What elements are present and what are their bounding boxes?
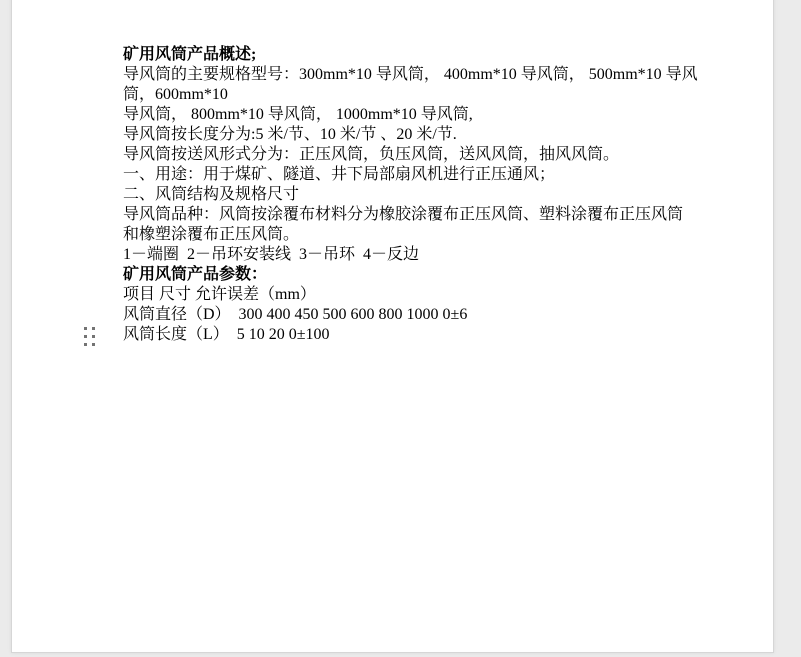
document-content[interactable]: 矿用风筒产品概述;导风筒的主要规格型号：300mm*10 导风筒， 400mm*… bbox=[123, 45, 683, 345]
text-line: 和橡塑涂覆布正压风筒。 bbox=[123, 225, 683, 245]
text-line: 矿用风筒产品概述; bbox=[123, 45, 683, 65]
text-line: 导风筒品种：风筒按涂覆布材料分为橡胶涂覆布正压风筒、塑料涂覆布正压风筒 bbox=[123, 205, 683, 225]
drag-handle-dot bbox=[84, 343, 87, 346]
text-line: 筒，600mm*10 bbox=[123, 85, 683, 105]
drag-handle-dot bbox=[84, 335, 87, 338]
text-line: 风筒长度（L） 5 10 20 0±100 bbox=[123, 325, 683, 345]
text-line: 矿用风筒产品参数： bbox=[123, 265, 683, 285]
drag-handle-dot bbox=[92, 327, 95, 330]
text-line: 1－端圈 2－吊环安装线 3－吊环 4－反边 bbox=[123, 245, 683, 265]
text-line: 风筒直径（D） 300 400 450 500 600 800 1000 0±6 bbox=[123, 305, 683, 325]
text-line: 导风筒按长度分为:5 米/节、10 米/节 、20 米/节. bbox=[123, 125, 683, 145]
drag-handle-dot bbox=[92, 335, 95, 338]
text-line: 导风筒按送风形式分为：正压风筒，负压风筒，送风风筒，抽风风筒。 bbox=[123, 145, 683, 165]
editor-canvas: 21 矿用风筒产品概述;导风筒的主要规格型号：300mm*10 导风筒， 400… bbox=[0, 0, 801, 657]
text-line: 二、风筒结构及规格尺寸 bbox=[123, 185, 683, 205]
text-line: 导风筒， 800mm*10 导风筒， 1000mm*10 导风筒, bbox=[123, 105, 683, 125]
drag-handle-dot bbox=[92, 343, 95, 346]
text-line: 项目 尺寸 允许误差（mm） bbox=[123, 285, 683, 305]
text-line: 导风筒的主要规格型号：300mm*10 导风筒， 400mm*10 导风筒， 5… bbox=[123, 65, 683, 85]
drag-handle-dot bbox=[84, 327, 87, 330]
drag-handle-icon[interactable] bbox=[84, 327, 95, 346]
text-line: 一、用途：用于煤矿、隧道、井下局部扇风机进行正压通风； bbox=[123, 165, 683, 185]
